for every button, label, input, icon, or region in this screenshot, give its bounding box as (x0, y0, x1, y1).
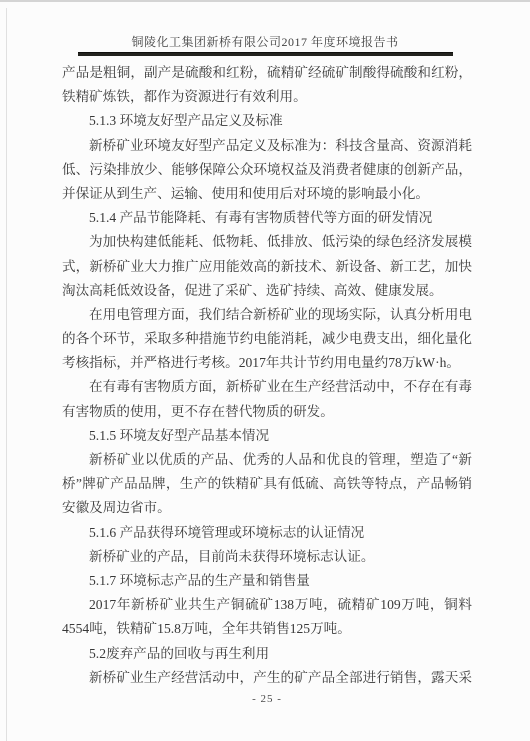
text-line: 并保证从到生产、运输、使用和使用后对环境的影响最小化。 (62, 182, 472, 206)
text-line: 5.1.6 产品获得环境管理或环境标志的认证情况 (62, 521, 472, 545)
scan-top-edge (0, 0, 530, 2)
text-line: 5.2废弃产品的回收与再生利用 (62, 642, 472, 666)
text-line: 桥”牌矿产品品牌，生产的铁精矿具有低硫、高铁等特点，产品畅销 (62, 472, 472, 496)
page-header-title: 铜陵化工集团新桥有限公司2017 年度环境报告书 (0, 33, 530, 50)
text-line: 的各个环节，采取多种措施节约电能消耗，减少电费支出，细化量化 (62, 327, 472, 351)
text-line: 有害物质的使用，更不存在替代物质的研发。 (62, 400, 472, 424)
text-line: 产品是粗铜，副产是硫酸和红粉，硫精矿经硫矿制酸得硫酸和红粉， (62, 61, 472, 85)
scan-left-edge (6, 8, 7, 741)
text-line: 新桥矿业生产经营活动中，产生的矿产品全部进行销售，露天采 (62, 666, 472, 690)
document-body: 产品是粗铜，副产是硫酸和红粉，硫精矿经硫矿制酸得硫酸和红粉，铁精矿炼铁，都作为资… (62, 61, 472, 690)
page-number: - 25 - (62, 693, 472, 705)
text-line: 铁精矿炼铁，都作为资源进行有效利用。 (62, 85, 472, 109)
text-line: 安徽及周边省市。 (62, 496, 472, 520)
text-line: 为加快构建低能耗、低物耗、低排放、低污染的绿色经济发展模 (62, 230, 472, 254)
header-rule (78, 52, 453, 56)
text-line: 在有毒有害物质方面，新桥矿业在生产经营活动中，不存在有毒 (62, 375, 472, 399)
text-line: 5.1.7 环境标志产品的生产量和销售量 (62, 569, 472, 593)
report-page: 铜陵化工集团新桥有限公司2017 年度环境报告书 产品是粗铜，副产是硫酸和红粉，… (0, 0, 530, 741)
text-line: 5.1.3 环境友好型产品定义及标准 (62, 109, 472, 133)
text-line: 4554吨，铁精矿15.8万吨，全年共销售125万吨。 (62, 617, 472, 641)
text-line: 式，新桥矿业大力推广应用能效高的新技术、新设备、新工艺，加快 (62, 255, 472, 279)
text-line: 在用电管理方面，我们结合新桥矿业的现场实际，认真分析用电 (62, 303, 472, 327)
text-line: 2017年新桥矿业共生产铜硫矿138万吨，硫精矿109万吨，铜料 (62, 593, 472, 617)
text-line: 低、污染排放少、能够保障公众环境权益及消费者健康的创新产品， (62, 158, 472, 182)
text-line: 淘汰高耗低效设备，促进了采矿、选矿持续、高效、健康发展。 (62, 279, 472, 303)
text-line: 考核指标，并严格进行考核。2017年共计节约用电量约78万kW·h。 (62, 351, 472, 375)
text-line: 新桥矿业环境友好型产品定义及标准为：科技含量高、资源消耗 (62, 134, 472, 158)
text-line: 新桥矿业以优质的产品、优秀的人品和优良的管理，塑造了“新 (62, 448, 472, 472)
text-line: 新桥矿业的产品，目前尚未获得环境标志认证。 (62, 545, 472, 569)
text-line: 5.1.5 环境友好型产品基本情况 (62, 424, 472, 448)
text-line: 5.1.4 产品节能降耗、有毒有害物质替代等方面的研发情况 (62, 206, 472, 230)
